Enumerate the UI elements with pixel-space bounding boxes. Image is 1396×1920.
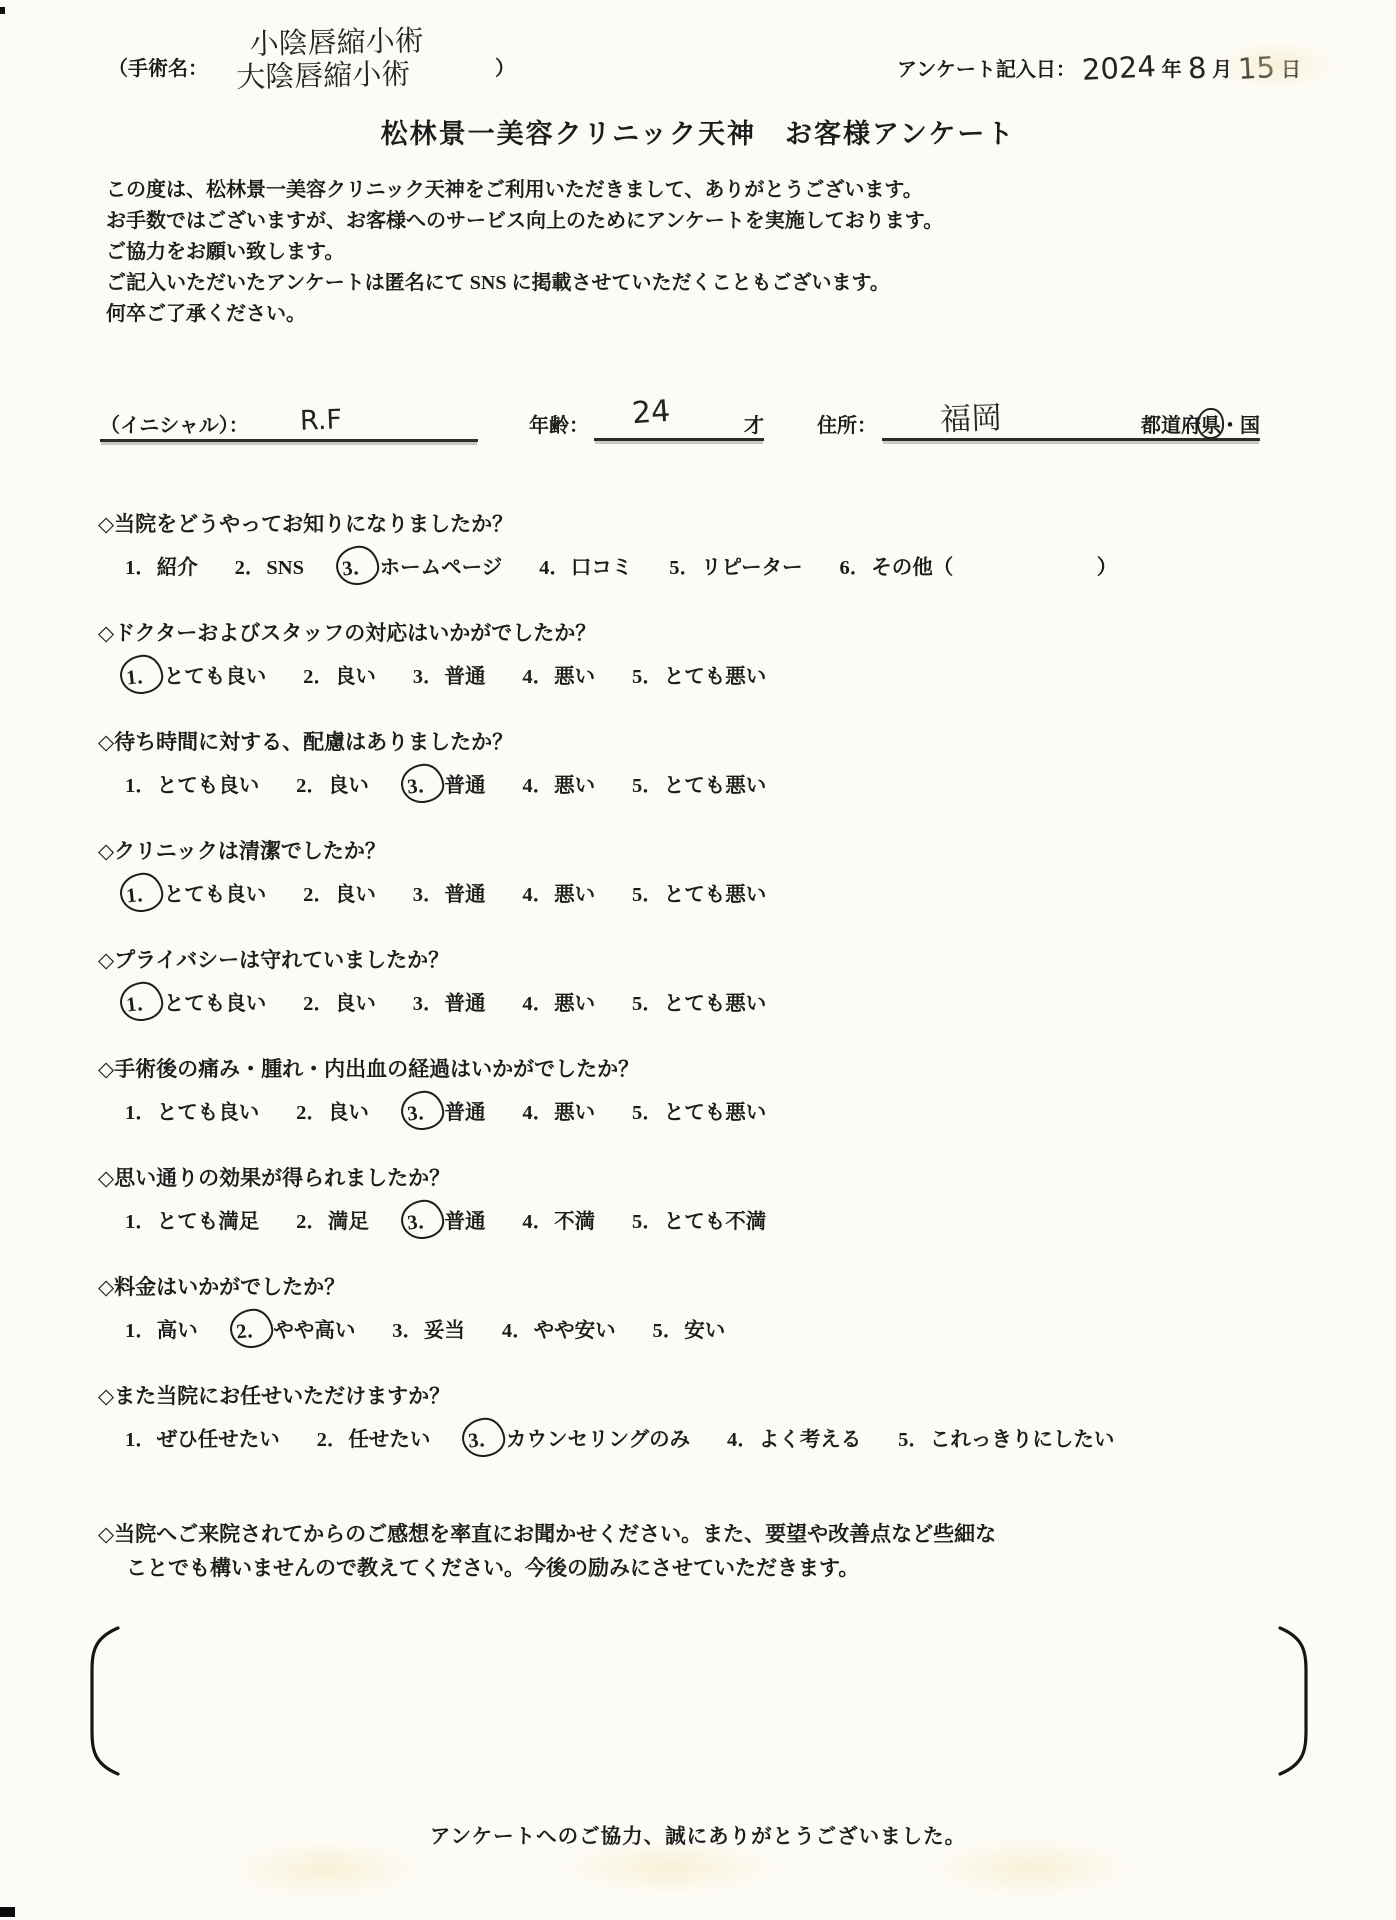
answer-label: これっきりにしたい	[930, 1429, 1115, 1451]
answer-label: やや安い	[534, 1320, 616, 1342]
answer-number: 6．	[839, 550, 872, 580]
header: （手術名： 小陰唇縮小術 大陰唇縮小術 ） アンケート記入日： 2024 年 8…	[0, 0, 1396, 82]
questions-container: ◇当院をどうやってお知りになりましたか？ 1．紹介2．SNS3．ホームページ4．…	[98, 508, 1326, 1453]
answer-label: 普通	[445, 993, 486, 1015]
answer-option: 1．とても良い	[124, 884, 266, 906]
answer-option: 4．やや安い	[501, 1320, 616, 1342]
answer-label: 良い	[335, 666, 376, 688]
answer-label: 普通	[445, 884, 486, 906]
page-title: 松林景一美容クリニック天神 お客様アンケート	[0, 112, 1396, 151]
survey-date-label: アンケート記入日：	[897, 53, 1076, 82]
handwritten-initials: R.F	[299, 404, 342, 436]
answer-option: 1．とても良い	[124, 666, 266, 688]
answer-number: 4．	[521, 659, 554, 689]
question-prompt: ◇思い通りの効果が得られましたか？	[98, 1162, 1326, 1195]
answer-option: 3．普通	[412, 666, 486, 688]
circled-answer-number: 3．	[460, 1416, 507, 1459]
intro-paragraph: この度は、松林景一美容クリニック天神をご利用いただきまして、ありがとうございます…	[106, 175, 1306, 330]
question-options: 1．高い2．やや高い3．妥当4．やや安い5．安い	[98, 1313, 1326, 1344]
answer-number: 5．	[897, 1422, 930, 1452]
answer-option: 3．普通	[412, 993, 486, 1015]
answer-number: 4．	[521, 877, 554, 907]
question-block: ◇待ち時間に対する、配慮はありましたか？ 1．とても良い2．良い3．普通4．悪い…	[98, 726, 1326, 799]
intro-line: ご記入いただいたアンケートは匿名にて SNS に掲載させていただくこともございま…	[106, 268, 1306, 299]
answer-option: 2．満足	[295, 1211, 369, 1233]
scan-smudge	[230, 1840, 420, 1900]
question-block: ◇当院をどうやってお知りになりましたか？ 1．紹介2．SNS3．ホームページ4．…	[98, 508, 1326, 581]
answer-option: 3．普通	[412, 884, 486, 906]
question-options: 1．とても良い2．良い3．普通4．悪い5．とても悪い	[98, 1095, 1326, 1126]
answer-label: 安い	[684, 1320, 725, 1342]
answer-label: とても良い	[157, 775, 260, 797]
left-bracket	[80, 1625, 126, 1777]
answer-label: とても良い	[164, 666, 267, 688]
question-prompt: ◇ドクターおよびスタッフの対応はいかがでしたか？	[98, 617, 1326, 650]
question-options: 1．とても良い2．良い3．普通4．悪い5．とても悪い	[98, 877, 1326, 908]
answer-option: 5．とても悪い	[631, 666, 766, 688]
question-options: 1．紹介2．SNS3．ホームページ4．口コミ5．リピーター6．その他（ ）	[98, 550, 1326, 581]
answer-option: 1．紹介	[124, 557, 198, 579]
answer-label: 悪い	[554, 666, 595, 688]
question-options: 1．とても良い2．良い3．普通4．悪い5．とても悪い	[98, 986, 1326, 1017]
answer-option: 4．悪い	[521, 775, 595, 797]
question-prompt: ◇料金はいかがでしたか？	[98, 1271, 1326, 1304]
answer-number: 5．	[631, 1095, 664, 1125]
initial-label: （イニシャル）：	[100, 415, 249, 437]
answer-label: よく考える	[759, 1429, 862, 1451]
circled-answer-number: 1．	[118, 653, 165, 696]
survey-page: （手術名： 小陰唇縮小術 大陰唇縮小術 ） アンケート記入日： 2024 年 8…	[0, 0, 1396, 1920]
answer-number: 1．	[124, 1204, 157, 1234]
address-suffix-post: ・国	[1220, 415, 1260, 437]
question-prompt: ◇プライバシーは守れていましたか？	[98, 944, 1326, 977]
circled-answer-number: 3．	[399, 1089, 446, 1132]
answer-label: 悪い	[554, 1102, 595, 1124]
handwritten-age: 24	[631, 394, 672, 432]
answer-label: とても良い	[164, 884, 267, 906]
answer-number: 5．	[631, 1204, 664, 1234]
question-prompt: ◇また当院にお任せいただけますか？	[98, 1380, 1326, 1413]
question-options: 1．とても良い2．良い3．普通4．悪い5．とても悪い	[98, 659, 1326, 690]
handwritten-month: 8	[1187, 54, 1207, 84]
thank-you-note: アンケートへのご協力、誠にありがとうございました。	[0, 1819, 1396, 1849]
answer-option: 5．とても悪い	[631, 884, 766, 906]
age-field: 年齢： 24 才	[524, 415, 769, 437]
answer-option: 5．とても不満	[631, 1211, 766, 1233]
address-suffix: 都道府県・国	[1141, 415, 1260, 437]
circled-answer-number: 1．	[118, 871, 165, 914]
answer-number: 4．	[521, 768, 554, 798]
answer-number: 2．	[295, 1095, 328, 1125]
answer-option: 2．良い	[295, 1102, 369, 1124]
question-block: ◇手術後の痛み・腫れ・内出血の経過はいかがでしたか？ 1．とても良い2．良い3．…	[98, 1053, 1326, 1126]
answer-option: 5．とても悪い	[631, 1102, 766, 1124]
month-suffix: 月	[1212, 53, 1232, 82]
feedback-line-1: ◇当院へご来院されてからのご感想を率直にお聞かせください。また、要望や改善点など…	[98, 1517, 1326, 1551]
answer-label: とても良い	[157, 1102, 260, 1124]
answer-number: 2．	[295, 768, 328, 798]
answer-number: 4．	[726, 1422, 759, 1452]
answer-option: 2．良い	[302, 666, 376, 688]
answer-option: 2．やや高い	[234, 1320, 356, 1342]
answer-option: 3．カウンセリングのみ	[466, 1429, 690, 1451]
answer-number: 5．	[631, 768, 664, 798]
answer-option: 4．悪い	[521, 993, 595, 1015]
answer-label: 良い	[328, 1102, 369, 1124]
age-underline: 24 才	[594, 409, 764, 441]
answer-label: とても満足	[157, 1211, 260, 1233]
answer-number: 2．	[295, 1204, 328, 1234]
handwritten-year: 2024	[1081, 52, 1156, 85]
answer-label: 紹介	[157, 557, 198, 579]
scan-mark-bottom-left	[0, 1907, 15, 1917]
question-block: ◇クリニックは清潔でしたか？ 1．とても良い2．良い3．普通4．悪い5．とても悪…	[98, 835, 1326, 908]
answer-option: 5．とても悪い	[631, 775, 766, 797]
question-block: ◇ドクターおよびスタッフの対応はいかがでしたか？ 1．とても良い2．良い3．普通…	[98, 617, 1326, 690]
answer-number: 5．	[631, 877, 664, 907]
survey-date-field: アンケート記入日： 2024 年 8 月 15 日	[897, 52, 1301, 82]
question-prompt: ◇当院をどうやってお知りになりましたか？	[98, 508, 1326, 541]
answer-option: 6．その他（ ）	[839, 557, 1118, 579]
answer-option: 5．安い	[652, 1320, 726, 1342]
feedback-question: ◇当院へご来院されてからのご感想を率直にお聞かせください。また、要望や改善点など…	[98, 1517, 1326, 1585]
answer-label: とても不満	[664, 1211, 767, 1233]
answer-option: 1．とても良い	[124, 775, 259, 797]
question-options: 1．とても良い2．良い3．普通4．悪い5．とても悪い	[98, 768, 1326, 799]
answer-label: 普通	[445, 775, 486, 797]
answer-number: 5．	[668, 550, 701, 580]
circled-answer-number: 3．	[399, 1198, 446, 1241]
day-suffix: 日	[1281, 53, 1301, 82]
answer-number: 2．	[234, 550, 267, 580]
handwritten-surgery-name-line1: 小陰唇縮小術	[249, 24, 424, 61]
answer-option: 1．とても満足	[124, 1211, 259, 1233]
address-underline: 福岡 都道府県・国	[882, 409, 1260, 441]
age-label: 年齢：	[529, 415, 589, 437]
answer-number: 1．	[124, 1422, 157, 1452]
answer-number: 3．	[391, 1313, 424, 1343]
answer-option: 5．リピーター	[668, 557, 802, 579]
address-field: 住所： 福岡 都道府県・国	[817, 415, 1260, 437]
answer-label: 口コミ	[571, 557, 633, 579]
answer-label: とても悪い	[664, 993, 767, 1015]
answer-label: リピーター	[701, 557, 803, 579]
question-block: ◇プライバシーは守れていましたか？ 1．とても良い2．良い3．普通4．悪い5．と…	[98, 944, 1326, 1017]
answer-label: 満足	[328, 1211, 369, 1233]
answer-label: 良い	[335, 884, 376, 906]
answer-label: 悪い	[554, 775, 595, 797]
answer-label: ホームページ	[380, 557, 503, 579]
circled-answer-number: 3．	[334, 544, 381, 587]
answer-label: 良い	[328, 775, 369, 797]
question-options: 1．とても満足2．満足3．普通4．不満5．とても不満	[98, 1204, 1326, 1235]
answer-option: 2．任せたい	[316, 1429, 431, 1451]
answer-option: 1．ぜひ任せたい	[124, 1429, 280, 1451]
answer-option: 2．SNS	[234, 557, 304, 579]
answer-number: 2．	[302, 877, 335, 907]
answer-number: 5．	[631, 659, 664, 689]
answer-number: 4．	[521, 986, 554, 1016]
answer-option: 3．妥当	[391, 1320, 465, 1342]
answer-number: 4．	[501, 1313, 534, 1343]
intro-line: お手数ではございますが、お客様へのサービス向上のためにアンケートを実施しておりま…	[106, 206, 1306, 237]
answer-label: 普通	[445, 1211, 486, 1233]
answer-number: 3．	[412, 659, 445, 689]
answer-label: 不満	[554, 1211, 595, 1233]
question-block: ◇料金はいかがでしたか？ 1．高い2．やや高い3．妥当4．やや安い5．安い	[98, 1271, 1326, 1344]
answer-label: 悪い	[554, 993, 595, 1015]
answer-number: 2．	[316, 1422, 349, 1452]
answer-option: 1．高い	[124, 1320, 198, 1342]
year-suffix: 年	[1162, 53, 1182, 82]
comment-box	[80, 1625, 1318, 1777]
question-prompt: ◇手術後の痛み・腫れ・内出血の経過はいかがでしたか？	[98, 1053, 1326, 1086]
answer-option: 4．悪い	[521, 1102, 595, 1124]
question-options: 1．ぜひ任せたい2．任せたい3．カウンセリングのみ4．よく考える5．これっきりに…	[98, 1422, 1326, 1453]
answer-label: 高い	[157, 1320, 198, 1342]
question-block: ◇また当院にお任せいただけますか？ 1．ぜひ任せたい2．任せたい3．カウンセリン…	[98, 1380, 1326, 1453]
answer-number: 2．	[302, 659, 335, 689]
answer-option: 3．普通	[405, 775, 486, 797]
answer-number: 1．	[124, 768, 157, 798]
answer-option: 4．悪い	[521, 884, 595, 906]
answer-option: 1．とても良い	[124, 1102, 259, 1124]
answer-number: 4．	[538, 550, 571, 580]
profile-row: （イニシャル）： R.F 年齢： 24 才 住所： 福岡 都道府県・国	[100, 408, 1396, 442]
circled-answer-number: 2．	[228, 1307, 275, 1350]
answer-option: 5．とても悪い	[631, 993, 766, 1015]
answer-label: とても悪い	[664, 1102, 767, 1124]
age-suffix: 才	[744, 415, 764, 437]
answer-label: カウンセリングのみ	[506, 1429, 690, 1451]
answer-label: とても悪い	[664, 666, 767, 688]
answer-label: 普通	[445, 666, 486, 688]
answer-option: 4．不満	[521, 1211, 595, 1233]
answer-number: 5．	[631, 986, 664, 1016]
answer-option: 3．普通	[405, 1102, 486, 1124]
surgery-name-field: （手術名： 小陰唇縮小術 大陰唇縮小術 ）	[108, 52, 515, 81]
question-block: ◇思い通りの効果が得られましたか？ 1．とても満足2．満足3．普通4．不満5．と…	[98, 1162, 1326, 1235]
answer-number: 1．	[124, 1313, 157, 1343]
address-label: 住所：	[817, 415, 877, 437]
answer-number: 4．	[521, 1095, 554, 1125]
answer-label: SNS	[266, 557, 304, 579]
answer-option: 4．悪い	[521, 666, 595, 688]
surgery-close-paren: ）	[495, 52, 515, 81]
address-suffix-pre: 都道府	[1141, 415, 1201, 437]
intro-line: 何卒ご了承ください。	[106, 299, 1306, 330]
answer-label: ぜひ任せたい	[157, 1429, 280, 1451]
answer-number: 3．	[412, 877, 445, 907]
answer-label: 普通	[445, 1102, 486, 1124]
answer-number: 1．	[124, 550, 157, 580]
feedback-line-2: ことでも構いませんので教えてください。今後の励みにさせていただきます。	[98, 1551, 1326, 1585]
handwritten-address: 福岡	[939, 392, 1003, 439]
answer-label: とても悪い	[664, 775, 767, 797]
answer-number: 2．	[302, 986, 335, 1016]
handwritten-surgery-name-line2: 大陰唇縮小術	[236, 58, 425, 95]
answer-label: 良い	[335, 993, 376, 1015]
intro-line: ご協力をお願い致します。	[106, 237, 1306, 268]
answer-option: 3．普通	[405, 1211, 486, 1233]
answer-option: 2．良い	[295, 775, 369, 797]
answer-label: 悪い	[554, 884, 595, 906]
answer-label: 任せたい	[348, 1429, 430, 1451]
answer-option: 4．口コミ	[538, 557, 632, 579]
intro-line: この度は、松林景一美容クリニック天神をご利用いただきまして、ありがとうございます…	[106, 175, 1306, 206]
answer-number: 5．	[652, 1313, 685, 1343]
right-bracket	[1272, 1625, 1318, 1777]
answer-option: 4．よく考える	[726, 1429, 861, 1451]
answer-option: 2．良い	[302, 993, 376, 1015]
scan-mark-top-left	[0, 7, 5, 14]
answer-label: とても良い	[164, 993, 267, 1015]
initial-field: （イニシャル）： R.F	[100, 408, 478, 442]
question-prompt: ◇待ち時間に対する、配慮はありましたか？	[98, 726, 1326, 759]
answer-option: 3．ホームページ	[340, 557, 502, 579]
answer-number: 1．	[124, 1095, 157, 1125]
answer-label: やや高い	[273, 1320, 355, 1342]
surgery-label: （手術名：	[108, 58, 208, 80]
answer-option: 2．良い	[302, 884, 376, 906]
answer-option: 1．とても良い	[124, 993, 266, 1015]
handwritten-surgery-names: 小陰唇縮小術 大陰唇縮小術	[249, 24, 424, 94]
answer-label: その他（ ）	[871, 557, 1117, 579]
circled-answer-number: 1．	[118, 980, 165, 1023]
handwritten-day: 15	[1237, 53, 1275, 84]
answer-option: 5．これっきりにしたい	[897, 1429, 1114, 1451]
circled-answer-number: 3．	[399, 762, 446, 805]
answer-number: 4．	[521, 1204, 554, 1234]
answer-label: 妥当	[424, 1320, 465, 1342]
answer-number: 3．	[412, 986, 445, 1016]
question-prompt: ◇クリニックは清潔でしたか？	[98, 835, 1326, 868]
answer-label: とても悪い	[664, 884, 767, 906]
